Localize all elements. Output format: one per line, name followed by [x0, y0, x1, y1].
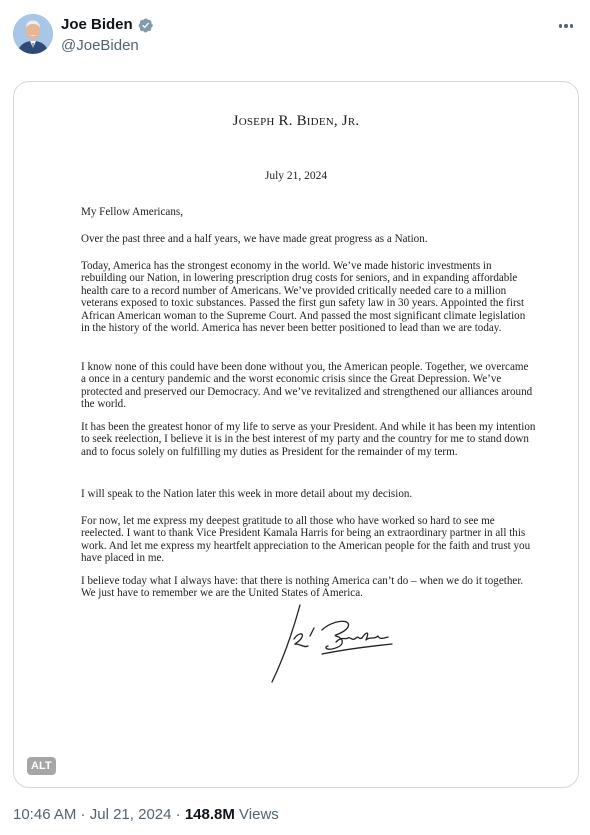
- letterhead: Joseph R. Biden, Jr.: [14, 113, 578, 130]
- salutation: My Fellow Americans,: [81, 206, 536, 218]
- letter-document: Joseph R. Biden, Jr. July 21, 2024 My Fe…: [14, 82, 578, 787]
- letter-date: July 21, 2024: [14, 170, 578, 182]
- profile-photo-icon: [13, 14, 53, 54]
- handle[interactable]: @JoeBiden: [61, 36, 139, 56]
- tweet-image[interactable]: Joseph R. Biden, Jr. July 21, 2024 My Fe…: [13, 81, 579, 788]
- more-options-button[interactable]: [554, 16, 578, 36]
- tweet-meta: 10:46 AM · Jul 21, 2024 · 148.8M Views: [13, 805, 279, 825]
- alt-text-button[interactable]: ALT: [27, 757, 56, 775]
- more-horizontal-icon: [570, 24, 574, 28]
- display-name[interactable]: Joe Biden: [61, 15, 133, 35]
- name-row: Joe Biden: [61, 15, 154, 35]
- paragraph: Today, America has the strongest economy…: [81, 260, 536, 334]
- tweet-header: Joe Biden @JoeBiden: [13, 14, 580, 56]
- signature-icon: [262, 602, 412, 687]
- paragraph: I know none of this could have been done…: [81, 361, 536, 411]
- paragraph: I believe today what I always have: that…: [81, 575, 536, 600]
- more-horizontal-icon: [564, 24, 568, 28]
- paragraph: It has been the greatest honor of my lif…: [81, 421, 536, 458]
- tweet-date[interactable]: Jul 21, 2024: [90, 806, 172, 823]
- paragraph: Over the past three and a half years, we…: [81, 233, 536, 245]
- separator: ·: [76, 806, 89, 823]
- more-horizontal-icon: [559, 24, 563, 28]
- tweet-time[interactable]: 10:46 AM: [13, 806, 76, 823]
- verified-badge-icon[interactable]: [137, 17, 154, 34]
- views-count: 148.8M: [185, 806, 235, 823]
- separator: ·: [171, 806, 184, 823]
- paragraph: For now, let me express my deepest grati…: [81, 515, 536, 565]
- avatar[interactable]: [13, 14, 53, 54]
- views-label: Views: [239, 806, 279, 823]
- paragraph: I will speak to the Nation later this we…: [81, 488, 536, 500]
